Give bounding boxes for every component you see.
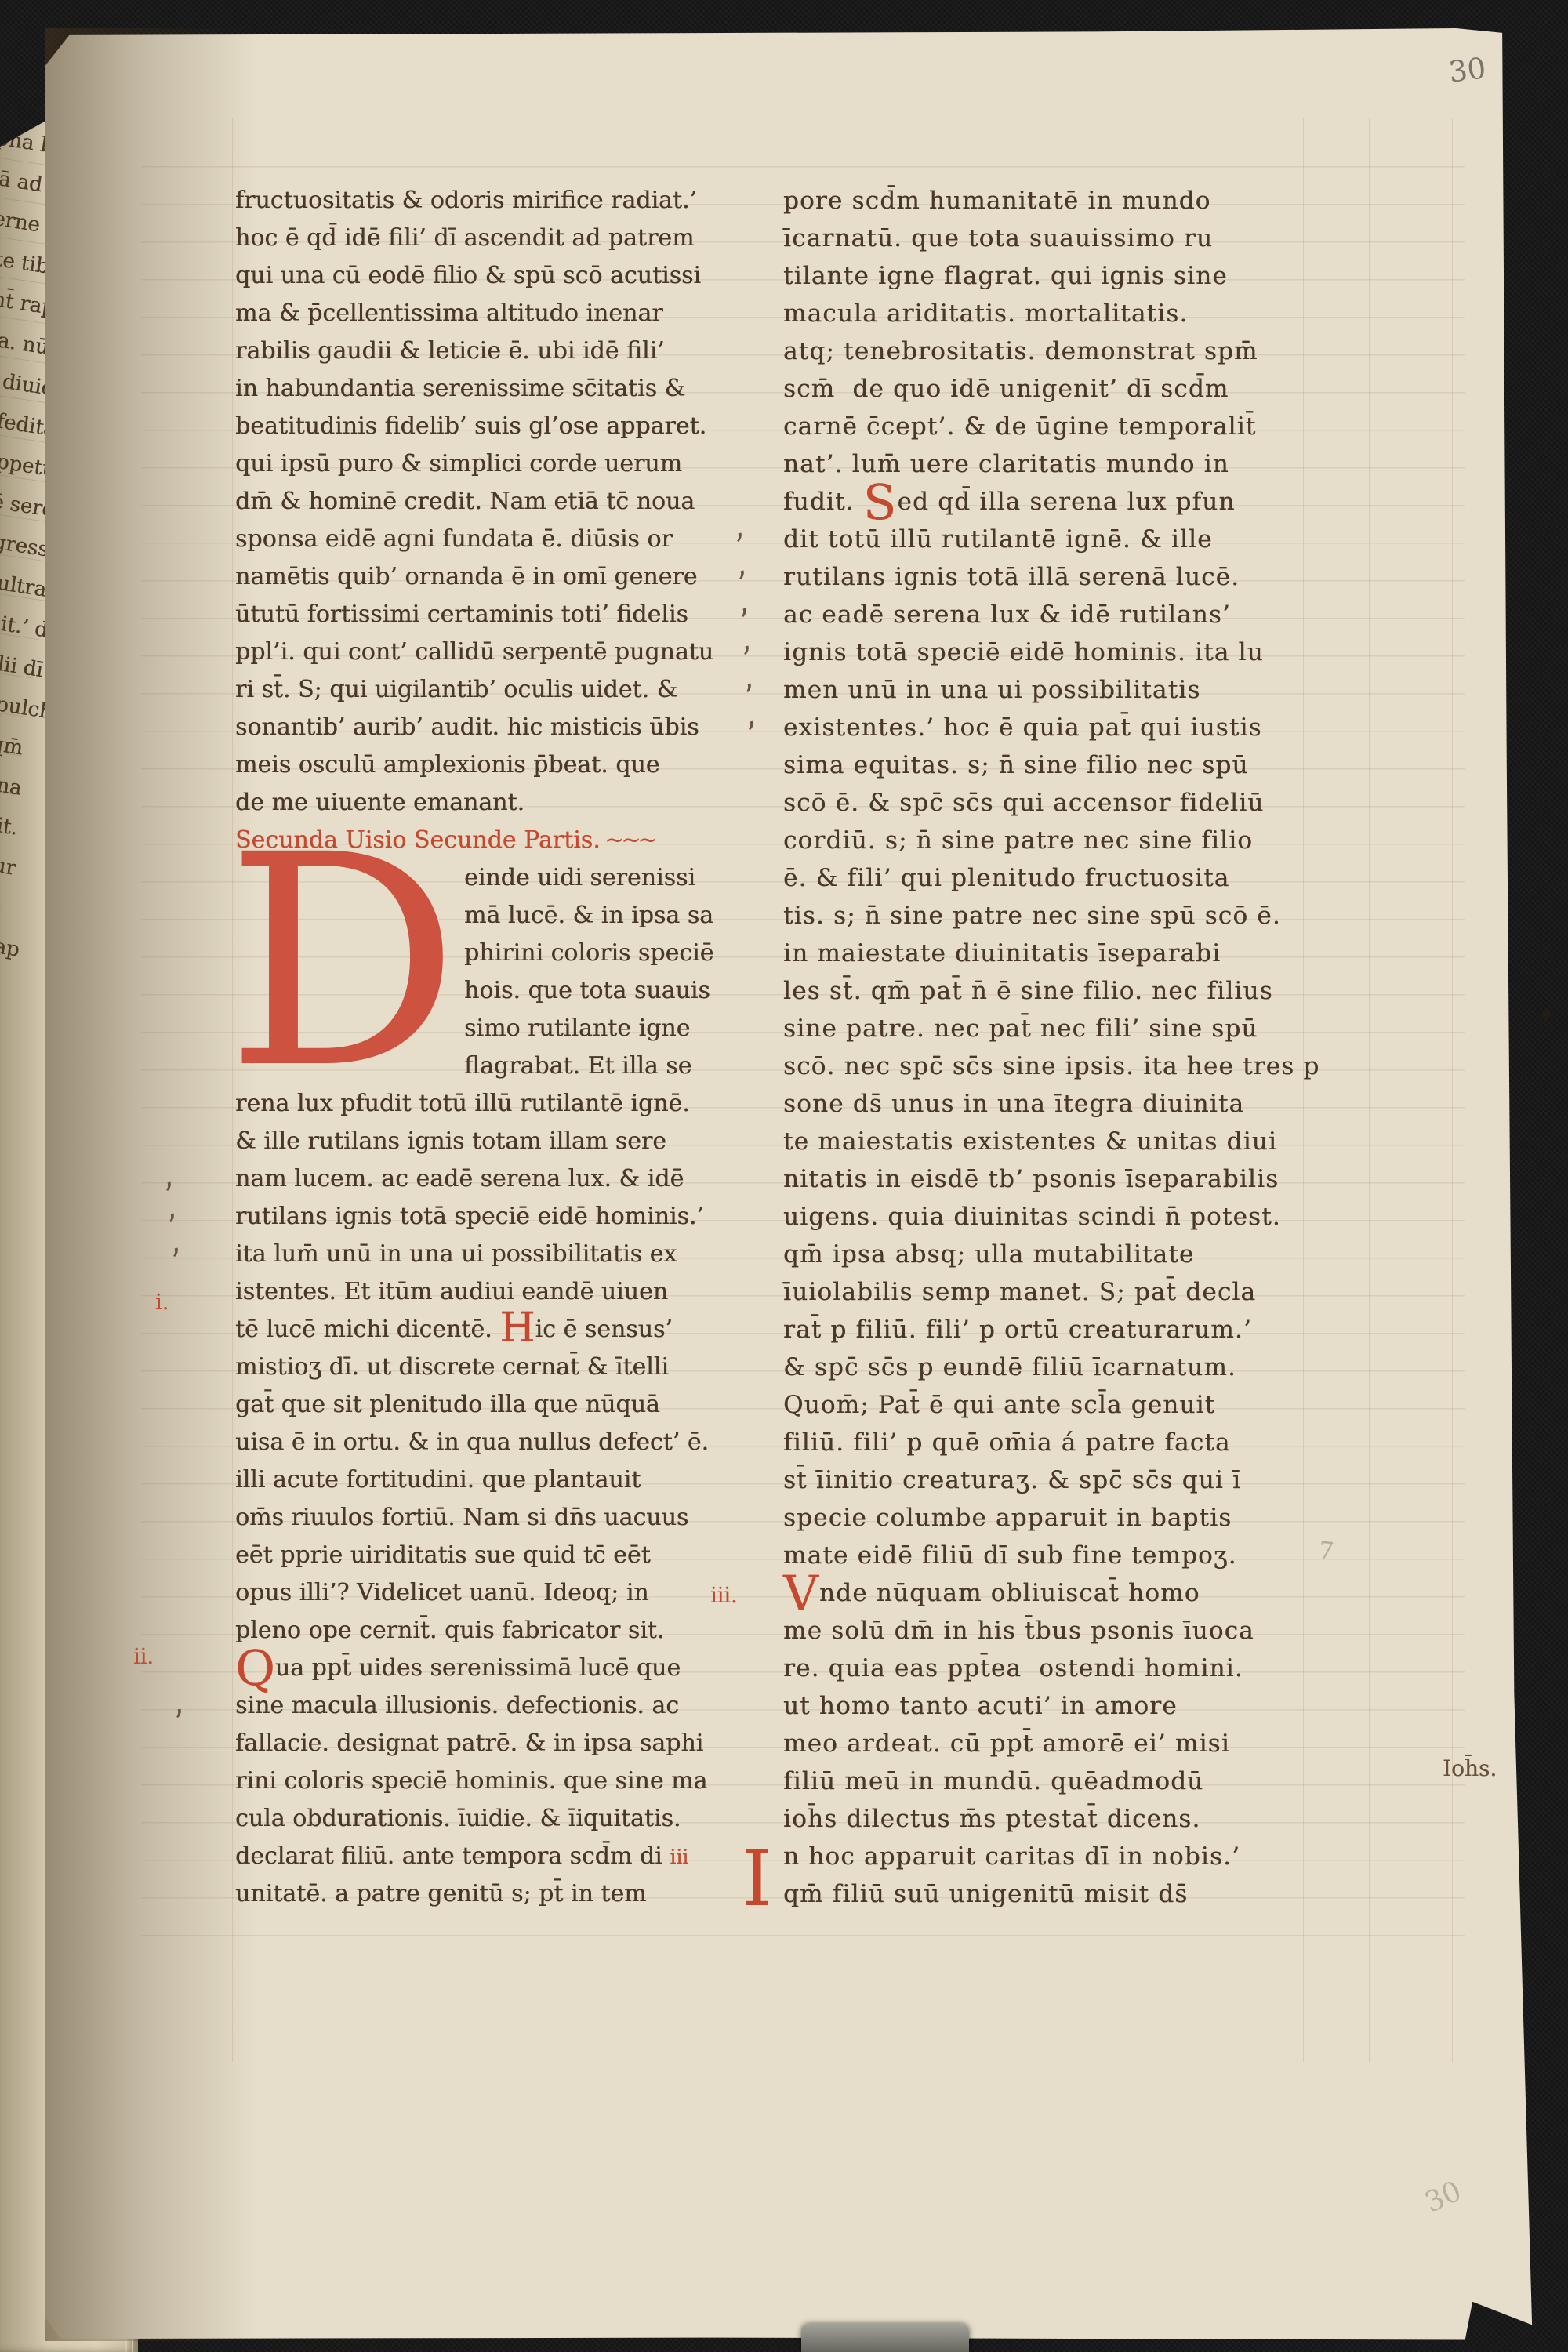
text-line: sine patre. nec pat̄ nec fili’ sine spū [783, 1010, 1313, 1047]
text-line: fructuositatis & odoris mirifice radiat.… [235, 182, 753, 220]
text-line: ac eadē serena lux & idē rutilans’ [783, 596, 1313, 633]
text-line: ūtutū fortissimi certaminis toti’ fideli… [235, 596, 753, 633]
manuscript-photo: { "page": { "folio_top": "30", "folio_bo… [0, 0, 1568, 2352]
text-line: Qua ppt̄ uides serenissimā lucē que [235, 1650, 753, 1687]
text-line: flagrabat. Et illa se [464, 1047, 753, 1085]
text-line: scm̄ de quo idē unigenit’ dī scd̄m [783, 370, 1313, 408]
text-line: opus illi’? Videlicet uanū. Ideoq; in [235, 1574, 753, 1612]
text-line: sone ds̄ unus in una ītegra diuinita [783, 1085, 1313, 1123]
text-line: atq; tenebrositatis. demonstrat spm̄ [783, 332, 1313, 370]
text-line: ē. & fili’ qui plenitudo fructuosita [783, 859, 1313, 897]
ink-fleck [1541, 1007, 1552, 1021]
text-line: meo ardeat. cū ppt̄ amorē ei’ misi [783, 1725, 1313, 1762]
text-line: rat̄ p filiū. fili’ p ortū creaturarum.’ [783, 1311, 1313, 1348]
text-line: illi acute fortitudini. que plantauit [235, 1461, 753, 1499]
text-line: dit totū illū rutilantē ignē. & ille [783, 521, 1313, 558]
text-line: nitatis in eisdē tb’ psonis īseparabilis [783, 1160, 1313, 1198]
text-line: in maiestate diuinitatis īseparabi [783, 935, 1313, 972]
text-line: ppl’i. qui cont’ callidū serpentē pugnat… [235, 633, 753, 671]
text-line: les st̄. qm̄ pat̄ n̄ ē sine filio. nec f… [783, 972, 1313, 1010]
text-line: pleno ope cernit̄. quis fabricator sit. [235, 1612, 753, 1650]
text-line: mate eidē filiū dī sub fine tempoʒ. [783, 1537, 1313, 1574]
text-line: īcarnatū. que tota suauissimo ru [783, 220, 1313, 257]
right-text-column: pore scd̄m humanitatē in mundoīcarnatū. … [783, 182, 1313, 1913]
text-line: ri st̄. S; qui uigilantib’ oculis uidet.… [235, 671, 753, 709]
text-line: tē lucē michi dicentē. Hic ē sensus’ [235, 1311, 753, 1348]
text-line: re. quia eas ppt̄ea ostendi homini. [783, 1650, 1313, 1687]
text-line: specie columbe apparuit in baptis [783, 1499, 1313, 1537]
text-line: sonantib’ aurib’ audit. hic misticis ūbi… [235, 709, 753, 746]
text-line: rutilans ignis totā speciē eidē hominis.… [235, 1198, 753, 1236]
text-line: sima equitas. s; n̄ sine filio nec spū [783, 746, 1313, 784]
text-line: īuiolabilis semp manet. S; pat̄ decla [783, 1273, 1313, 1311]
text-line: filiū. fili’ p quē om̄ia á patre facta [783, 1424, 1313, 1461]
text-line: einde uidi serenissi [464, 859, 753, 897]
text-line: st̄ īinitio creaturaʒ. & spc̄ sc̄s qui ī [783, 1461, 1313, 1499]
text-line: nam lucem. ac eadē serena lux. & idē [235, 1160, 753, 1198]
text-line: carnē c̄cept’. & de ūgine temporalit̄ [783, 408, 1313, 445]
text-line: rutilans ignis totā illā serenā lucē. [783, 558, 1313, 596]
text-line: ioh̄s dilectus m̄s ptestat̄ dicens. [783, 1800, 1313, 1838]
text-line: n hoc apparuit caritas dī in nobis.’ [783, 1838, 1313, 1875]
text-line: filiū meū in mundū. quēadmodū [783, 1762, 1313, 1800]
text-line: tilante igne flagrat. qui ignis sine [783, 257, 1313, 295]
text-line: mistioʒ dī. ut discrete cernat̄ & ītelli [235, 1348, 753, 1386]
text-line: ma & p̄cellentissima altitudo inenar [235, 295, 753, 332]
drop-cap-initial-d: D [226, 850, 459, 1076]
text-line: beatitudinis fidelib’ suis gl’ose appare… [235, 408, 753, 445]
text-line: Vnde nūquam obliuiscat̄ homo [783, 1574, 1313, 1612]
book-weight-strap [801, 2324, 969, 2352]
text-line: qm̄ filiū suū unigenitū misit ds̄ [783, 1875, 1313, 1913]
text-line: eēt pprie uiriditatis sue quid tc̄ eēt [235, 1537, 753, 1574]
text-line: fudit. Sed qd̄ illa serena lux pfun [783, 483, 1313, 521]
text-line: qm̄ ipsa absq; ulla mutabilitate [783, 1236, 1313, 1273]
folio-number-top: 30 [1447, 51, 1488, 89]
text-line: gat̄ que sit plenitudo illa que nūquā [235, 1386, 753, 1424]
text-line: macula ariditatis. mortalitatis. [783, 295, 1313, 332]
text-line: fallacie. designat patrē. & in ipsa saph… [235, 1725, 753, 1762]
text-line: rini coloris speciē hominis. que sine ma [235, 1762, 753, 1800]
text-line: hoc ē qd̄ idē fili’ dī ascendit ad patre… [235, 220, 753, 257]
text-line: sine macula illusionis. defectionis. ac [235, 1687, 753, 1725]
text-line: sponsa eidē agni fundata ē. diūsis or [235, 521, 753, 558]
text-line: & spc̄ sc̄s p eundē filiū īcarnatum. [783, 1348, 1313, 1386]
text-line: scō. nec spc̄ sc̄s sine ipsis. ita hee t… [783, 1047, 1313, 1085]
text-line: ut homo tanto acuti’ in amore [783, 1687, 1313, 1725]
text-line: phirini coloris speciē [464, 935, 753, 972]
text-line: me solū dm̄ in his t̄bus psonis īuoca [783, 1612, 1313, 1650]
text-line: qui una cū eodē filio & spū scō acutissi [235, 257, 753, 295]
text-line: uigens. quia diuinitas scindi n̄ potest. [783, 1198, 1313, 1236]
text-line: unitatē. a patre genitū s; pt̄ in tem [235, 1875, 753, 1913]
vertical-rule [1452, 118, 1453, 2062]
text-line: cordiū. s; n̄ sine patre nec sine filio [783, 822, 1313, 859]
text-line: uisa ē in ortu. & in qua nullus defect’ … [235, 1424, 753, 1461]
text-line: in habundantia serenissime sc̄itatis & [235, 370, 753, 408]
text-line: qui ipsū puro & simplici corde uerum [235, 445, 753, 483]
text-line: men unū in una ui possibilitatis [783, 671, 1313, 709]
vertical-rule [1369, 118, 1370, 2062]
text-line: ita lum̄ unū in una ui possibilitatis ex [235, 1236, 753, 1273]
text-line: meis osculū amplexionis p̄beat. que [235, 746, 753, 784]
text-line: rabilis gaudii & leticie ē. ubi idē fili… [235, 332, 753, 370]
text-line: namētis quib’ ornanda ē in omī genere [235, 558, 753, 596]
text-line: existentes.’ hoc ē quia pat̄ qui iustis [783, 709, 1313, 746]
text-line: mā lucē. & in ipsa sa [464, 897, 753, 935]
text-line: tis. s; n̄ sine patre nec sine spū scō ē… [783, 897, 1313, 935]
text-line: dm̄ & hominē credit. Nam etiā tc̄ noua [235, 483, 753, 521]
text-line: istentes. Et itūm audiui eandē uiuen [235, 1273, 753, 1311]
text-line: declarat filiū. ante tempora scd̄m di ii… [235, 1838, 753, 1875]
text-line: om̄s riuulos fortiū. Nam si dn̄s uacuus [235, 1499, 753, 1537]
text-line: hois. que tota suauis [464, 972, 753, 1010]
text-line: scō ē. & spc̄ sc̄s qui accensor fideliū [783, 784, 1313, 822]
text-line: simo rutilante igne [464, 1010, 753, 1047]
text-line: Quom̄; Pat̄ ē qui ante scl̄a genuit [783, 1386, 1313, 1424]
text-line: pore scd̄m humanitatē in mundo [783, 182, 1313, 220]
text-line: te maiestatis existentes & unitas diui [783, 1123, 1313, 1160]
text-line: ignis totā speciē eidē hominis. ita lu [783, 633, 1313, 671]
text-line: cula obdurationis. īuidie. & īiquitatis. [235, 1800, 753, 1838]
